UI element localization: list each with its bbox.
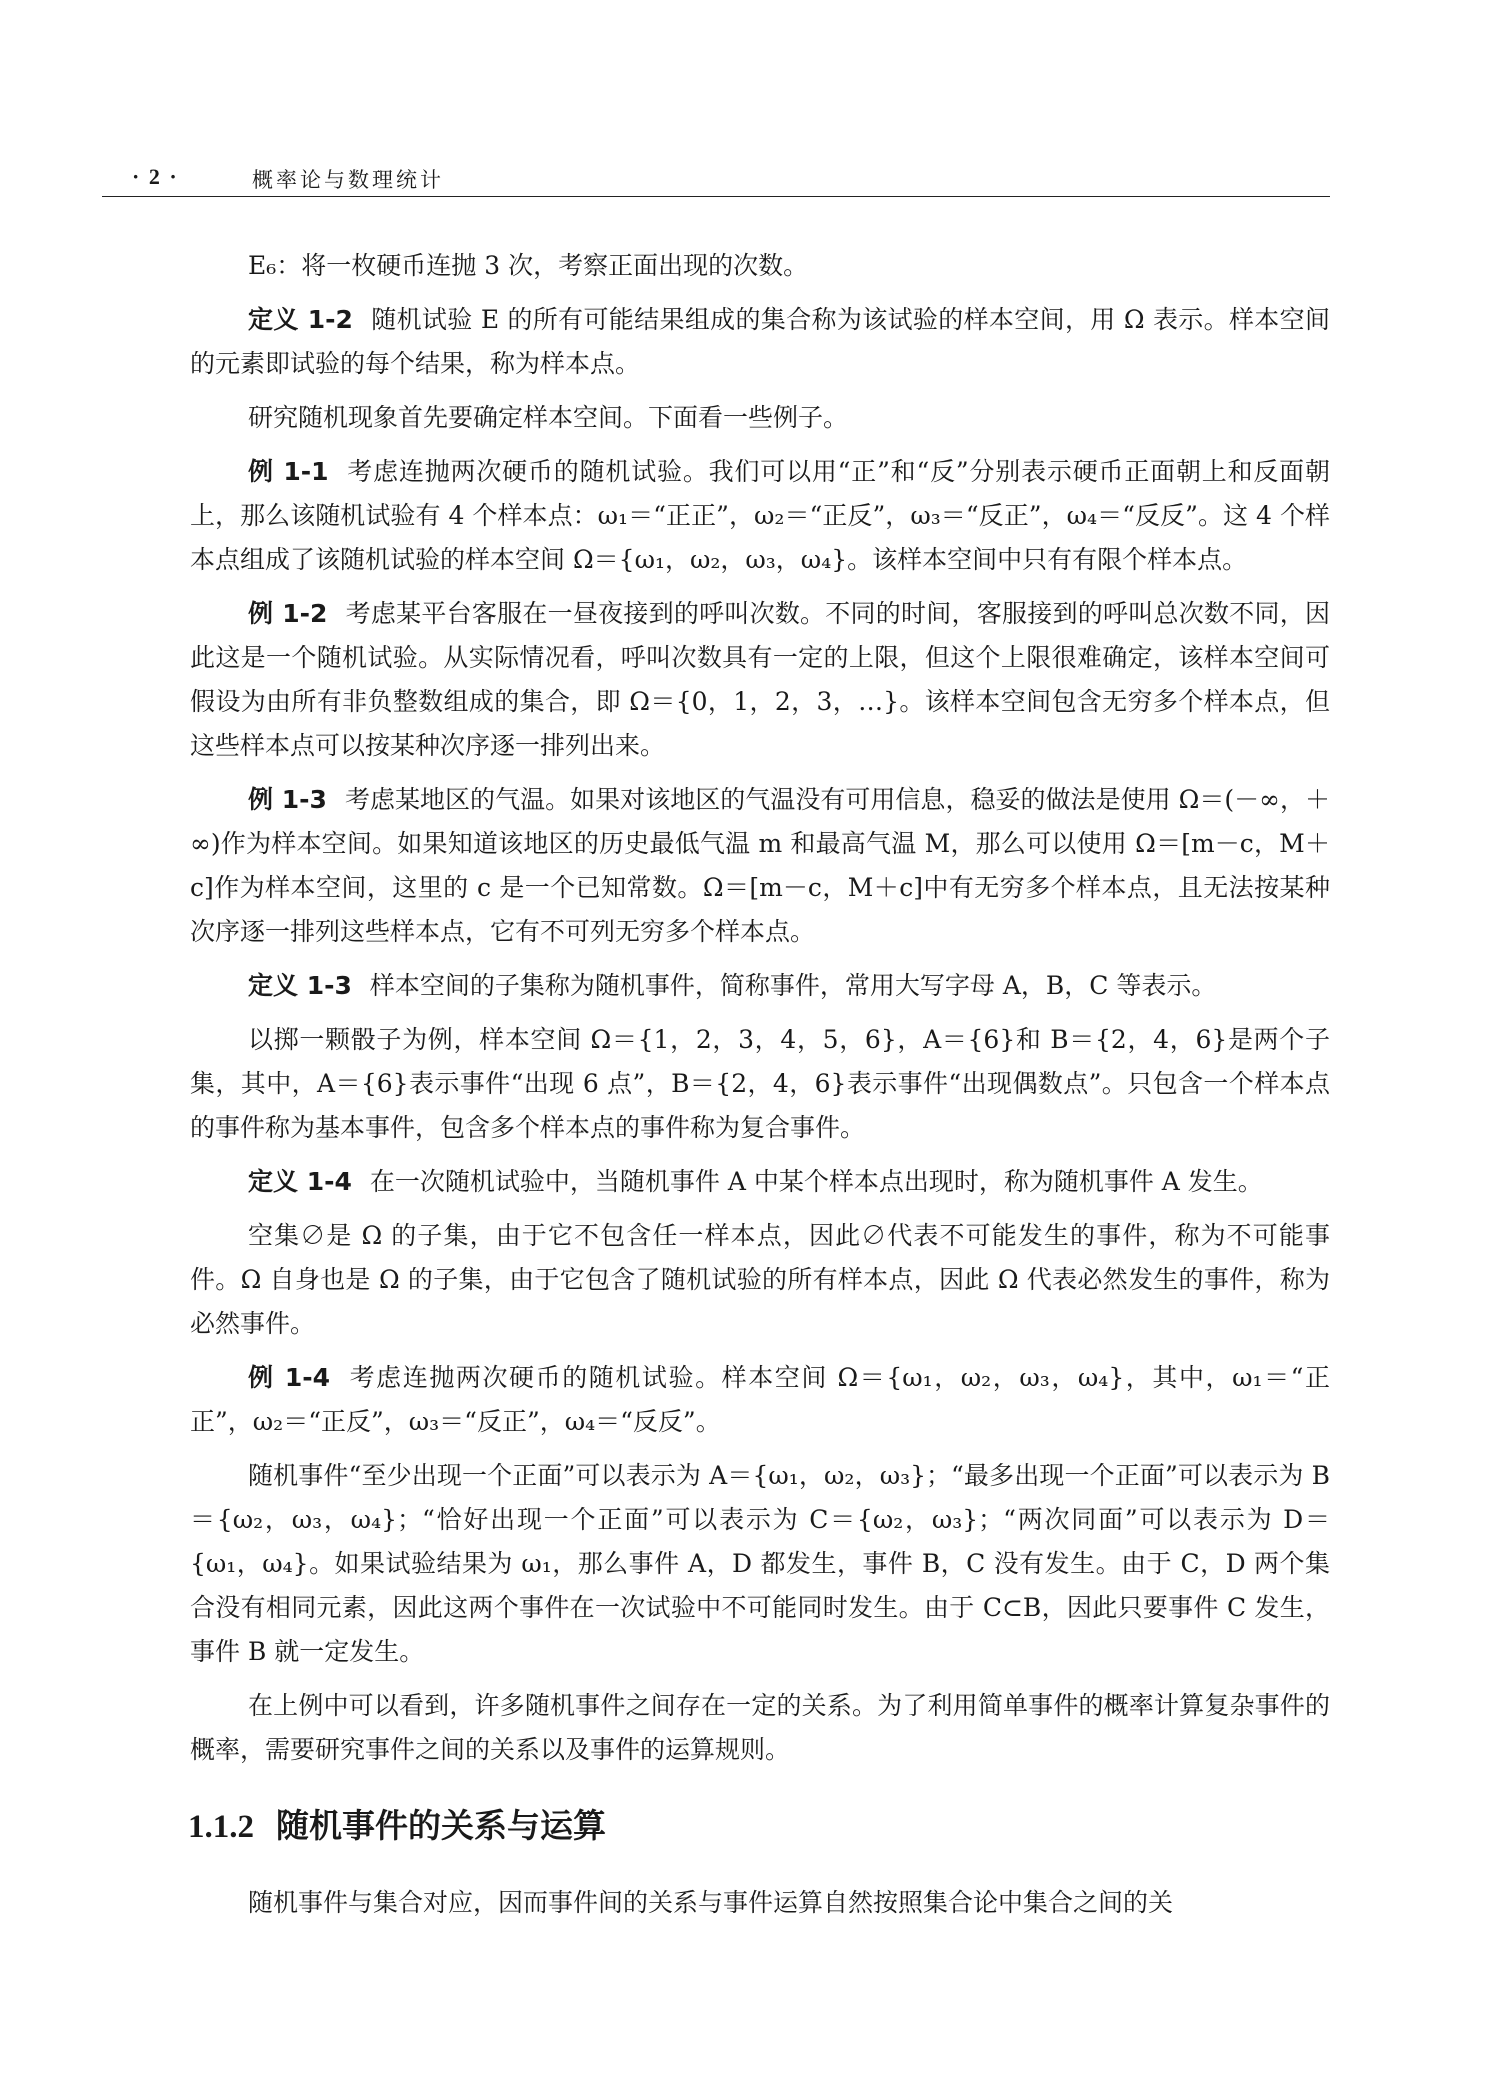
paragraph-section-intro: 随机事件与集合对应，因而事件间的关系与事件运算自然按照集合论中集合之间的关 [190,1881,1330,1925]
example-1-1: 例 1-1考虑连抛两次硬币的随机试验。我们可以用“正”和“反”分别表示硬币正面朝… [190,450,1330,582]
section-title: 随机事件的关系与运算 [276,1806,606,1845]
example-1-2: 例 1-2考虑某平台客服在一昼夜接到的呼叫次数。不同的时间，客服接到的呼叫总次数… [190,592,1330,768]
paragraph-dice: 以掷一颗骰子为例，样本空间 Ω＝{1，2，3，4，5，6}，A＝{6}和 B＝{… [190,1018,1330,1150]
paragraph-empty-set: 空集∅是 Ω 的子集，由于它不包含任一样本点，因此∅代表不可能发生的事件，称为不… [190,1214,1330,1346]
definition-1-3: 定义 1-3样本空间的子集称为随机事件，简称事件，常用大写字母 A，B，C 等表… [190,964,1330,1008]
definition-label: 定义 1-4 [248,1167,352,1196]
example-label: 例 1-1 [248,457,329,486]
example-1-4: 例 1-4考虑连抛两次硬币的随机试验。样本空间 Ω＝{ω₁，ω₂，ω₃，ω₄}，… [190,1356,1330,1444]
page-number: · 2 · [132,164,179,190]
example-label: 例 1-2 [248,599,327,628]
page-body: E₆：将一枚硬币连抛 3 次，考察正面出现的次数。 定义 1-2随机试验 E 的… [190,244,1330,1935]
definition-label: 定义 1-3 [248,971,352,1000]
book-title: 概率论与数理统计 [252,164,444,194]
paragraph-intro-examples: 研究随机现象首先要确定样本空间。下面看一些例子。 [190,396,1330,440]
paragraph-e6: E₆：将一枚硬币连抛 3 次，考察正面出现的次数。 [190,244,1330,288]
example-label: 例 1-4 [248,1363,330,1392]
paragraph-events: 随机事件“至少出现一个正面”可以表示为 A＝{ω₁，ω₂，ω₃}；“最多出现一个… [190,1454,1330,1674]
example-1-3: 例 1-3考虑某地区的气温。如果对该地区的气温没有可用信息，稳妥的做法是使用 Ω… [190,778,1330,954]
definition-1-2: 定义 1-2随机试验 E 的所有可能结果组成的集合称为该试验的样本空间，用 Ω … [190,298,1330,386]
section-number: 1.1.2 [188,1809,254,1845]
paragraph-relations: 在上例中可以看到，许多随机事件之间存在一定的关系。为了利用简单事件的概率计算复杂… [190,1684,1330,1772]
definition-1-4: 定义 1-4在一次随机试验中，当随机事件 A 中某个样本点出现时，称为随机事件 … [190,1160,1330,1204]
running-header: · 2 · 概率论与数理统计 [102,160,1330,197]
example-label: 例 1-3 [248,785,327,814]
section-heading: 1.1.2随机事件的关系与运算 [188,1802,1330,1851]
definition-label: 定义 1-2 [248,305,353,334]
